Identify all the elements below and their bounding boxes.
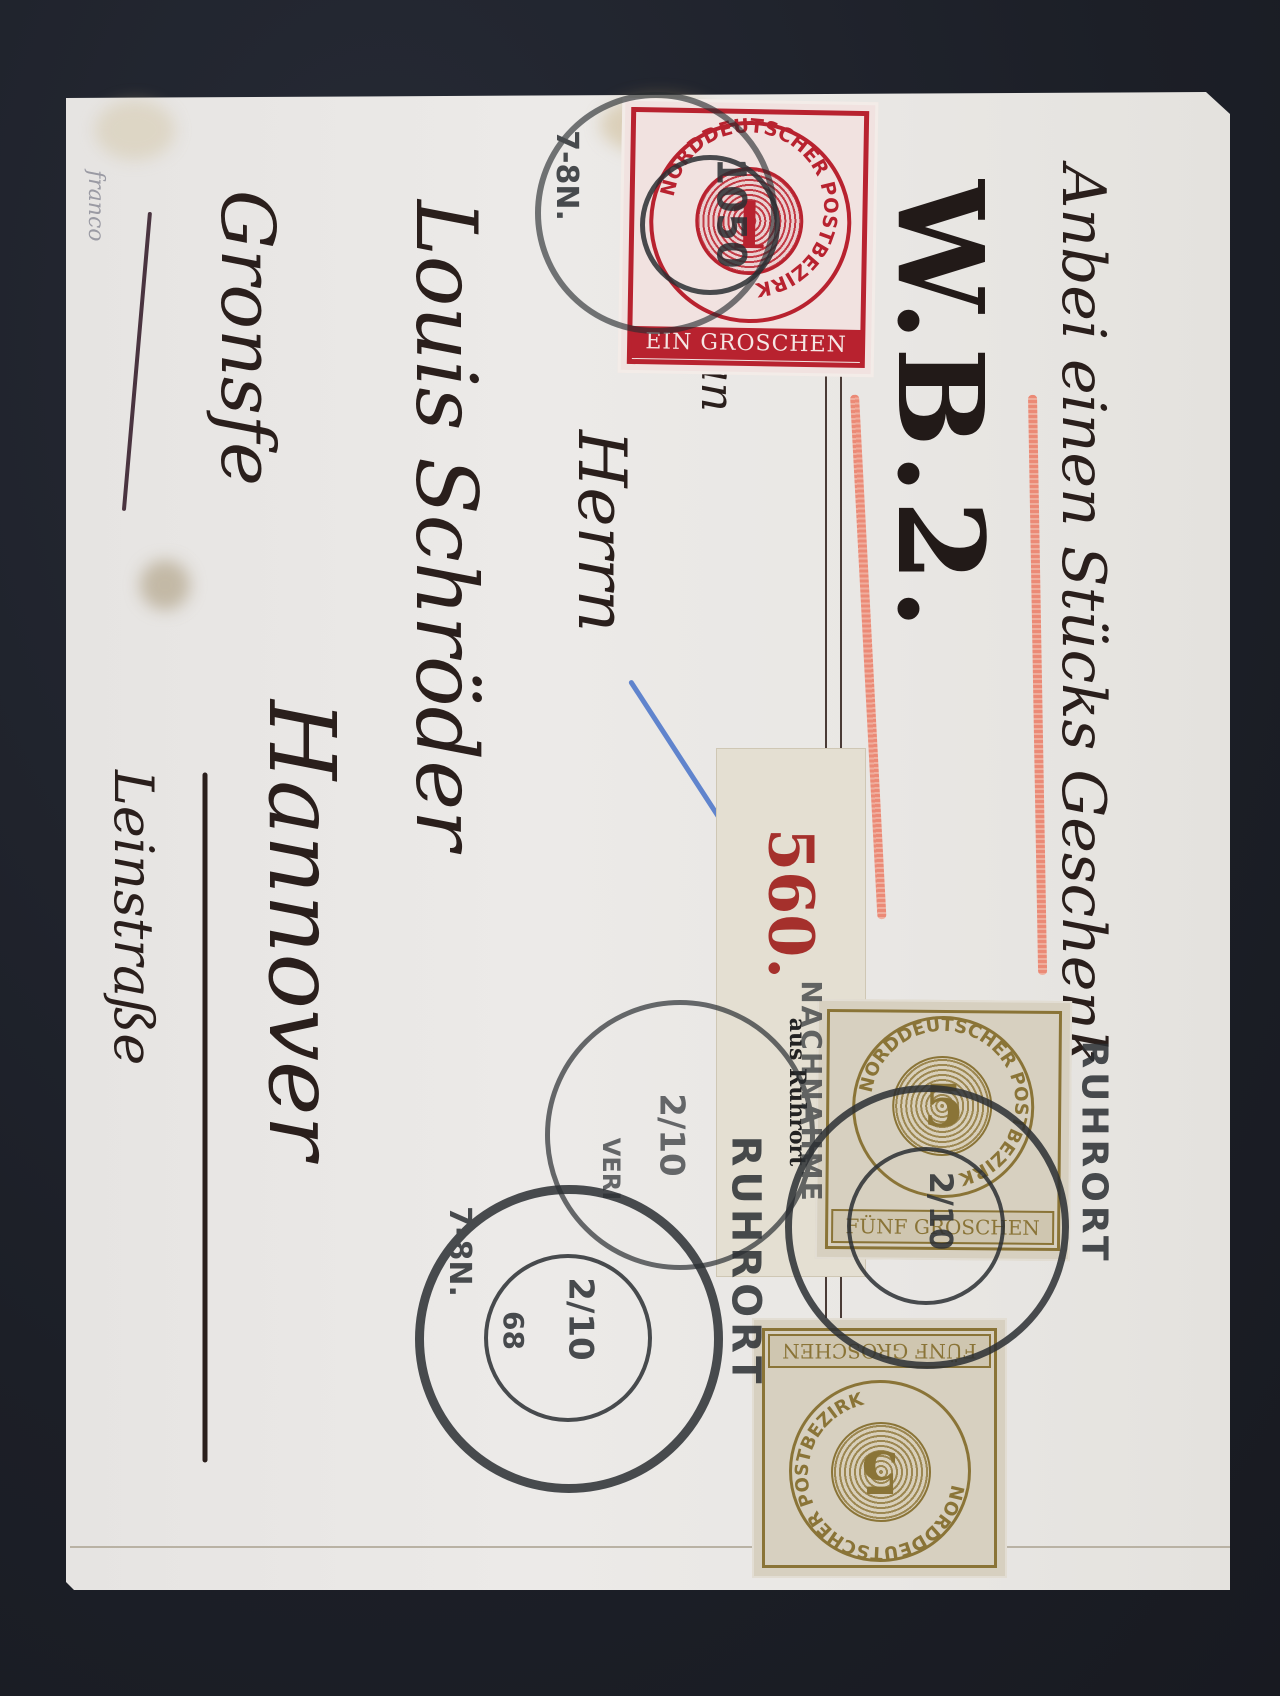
address-line-7: Gronsfe xyxy=(204,190,290,486)
postmark-time: 7-8N. xyxy=(549,130,584,221)
postmark-town: RUHRORT xyxy=(722,1136,768,1389)
postmark-date: 2/10 xyxy=(922,1172,960,1250)
postmark-time: 7-8N. xyxy=(442,1206,477,1297)
address-line-1: Anbei einen Stücks Geschenk xyxy=(1048,165,1118,1066)
address-line-6: Leinstraße xyxy=(102,770,165,1065)
ruhrort-postmark-on-stamp: RUHRORT 2/10 xyxy=(785,1085,1069,1369)
underline-stroke xyxy=(203,773,208,1463)
postmark-year: 68 xyxy=(497,1311,530,1350)
address-line-3: Herrn xyxy=(563,430,640,632)
paper-stain xyxy=(95,100,175,160)
paper-stain xyxy=(140,560,190,610)
postmark-town: RUHRORT xyxy=(1074,1040,1115,1264)
pencil-note: franco xyxy=(83,170,108,242)
stamp-value-numeral: 5 xyxy=(754,1438,1005,1506)
cancel-numeral: 1050 xyxy=(708,157,754,268)
fold-line xyxy=(70,1546,1230,1548)
ruhrort-postmark: RUHRORT 2/10 68 7-8N. xyxy=(415,1185,723,1493)
numeral-cancel: 1050 xyxy=(640,155,780,295)
address-line-4: Louis Schröder xyxy=(397,200,495,850)
postmark-date: 2/10 xyxy=(652,1093,692,1176)
manuscript-marking: W.B.2. xyxy=(871,180,1010,635)
postmark-date: 2/10 xyxy=(561,1277,601,1360)
address-line-5: Hannover xyxy=(248,700,355,1159)
